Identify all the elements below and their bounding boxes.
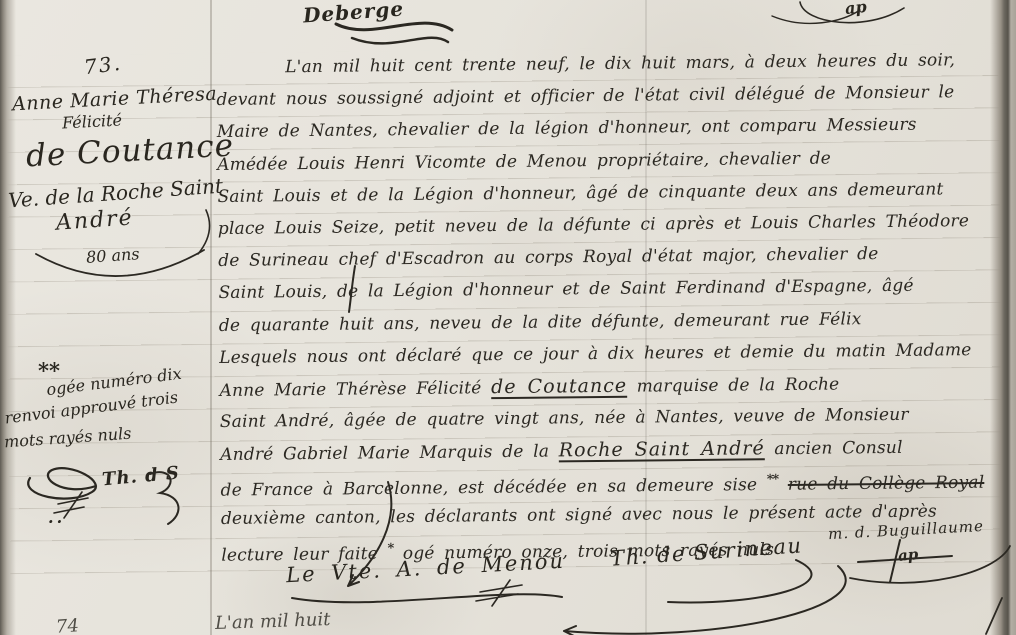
act-text-segment: André Gabriel Marie Marquis de la xyxy=(220,442,559,466)
margin-line-bracket xyxy=(198,210,210,254)
act-number: 73. xyxy=(83,51,123,79)
registrar-surname-header: Deberge xyxy=(302,0,404,27)
margin-paraph-swirl xyxy=(28,468,96,498)
next-act-number: 74 xyxy=(55,615,79,635)
menou-signature-paraph xyxy=(476,580,522,606)
margin-note-line: mots rayés nuls xyxy=(3,424,131,452)
act-text-segment: L'an mil huit cent trente neuf, le dix h… xyxy=(285,50,955,77)
act-text-segment: place Louis Seize, petit neveu de la déf… xyxy=(218,211,969,239)
act-text-segment: rue du Collège Royal xyxy=(788,473,985,495)
corner-paraph-text: ap xyxy=(844,0,867,18)
underlined-name: de Coutance xyxy=(491,375,627,398)
act-text-segment: Saint Louis et de la Légion d'honneur, â… xyxy=(217,179,943,207)
register-page: Deberge ap 73. Anne Marie Théresa Félici… xyxy=(0,0,1016,635)
act-text-segment: de quarante huit ans, neveu de la dite d… xyxy=(219,309,862,336)
underlined-name: Roche Saint André xyxy=(559,438,765,462)
deceased-name-line: André xyxy=(55,205,134,235)
act-text-segment xyxy=(778,475,788,495)
act-text-segment: ** xyxy=(767,473,779,488)
deceased-name-line: Félicité xyxy=(62,110,123,132)
menou-signature-flourish xyxy=(292,594,562,602)
officer-paraph-text: ap xyxy=(897,545,919,565)
header-flourish xyxy=(336,23,452,30)
surineau-signature-flourish xyxy=(564,566,846,635)
act-text-segment: Amédée Louis Henri Vicomte de Menou prop… xyxy=(217,148,831,174)
margin-paraph-dots: .. xyxy=(48,508,65,527)
header-flourish xyxy=(352,38,448,44)
act-text-segment: Saint Louis, de la Légion d'honneur et d… xyxy=(218,276,913,303)
act-text-segment: Saint André, âgée de quatre vingt ans, n… xyxy=(220,405,909,432)
act-text-segment: devant nous soussigné adjoint et officie… xyxy=(216,82,954,110)
act-text-segment: Maire de Nantes, chevalier de la légion … xyxy=(217,115,917,142)
next-act-opening-fragment: L'an mil huit xyxy=(215,609,331,634)
surineau-signature-flourish xyxy=(668,560,812,602)
deceased-name-line: de Coutance xyxy=(25,128,235,175)
margin-paraph-initials: Th. d S xyxy=(101,463,180,491)
act-text-segment: Lesquels nous ont déclaré que ce jour à … xyxy=(219,340,972,368)
act-text-segment: Anne Marie Thérèse Félicité xyxy=(219,378,491,401)
act-text-segment: de Surineau chef d'Escadron au corps Roy… xyxy=(218,244,878,271)
act-body-text: L'an mil huit cent trente neuf, le dix h… xyxy=(216,44,1007,567)
act-text-segment: marquise de la Roche xyxy=(627,374,840,396)
deceased-age: 80 ans xyxy=(85,244,140,267)
act-text-segment: ancien Consul xyxy=(765,438,903,459)
